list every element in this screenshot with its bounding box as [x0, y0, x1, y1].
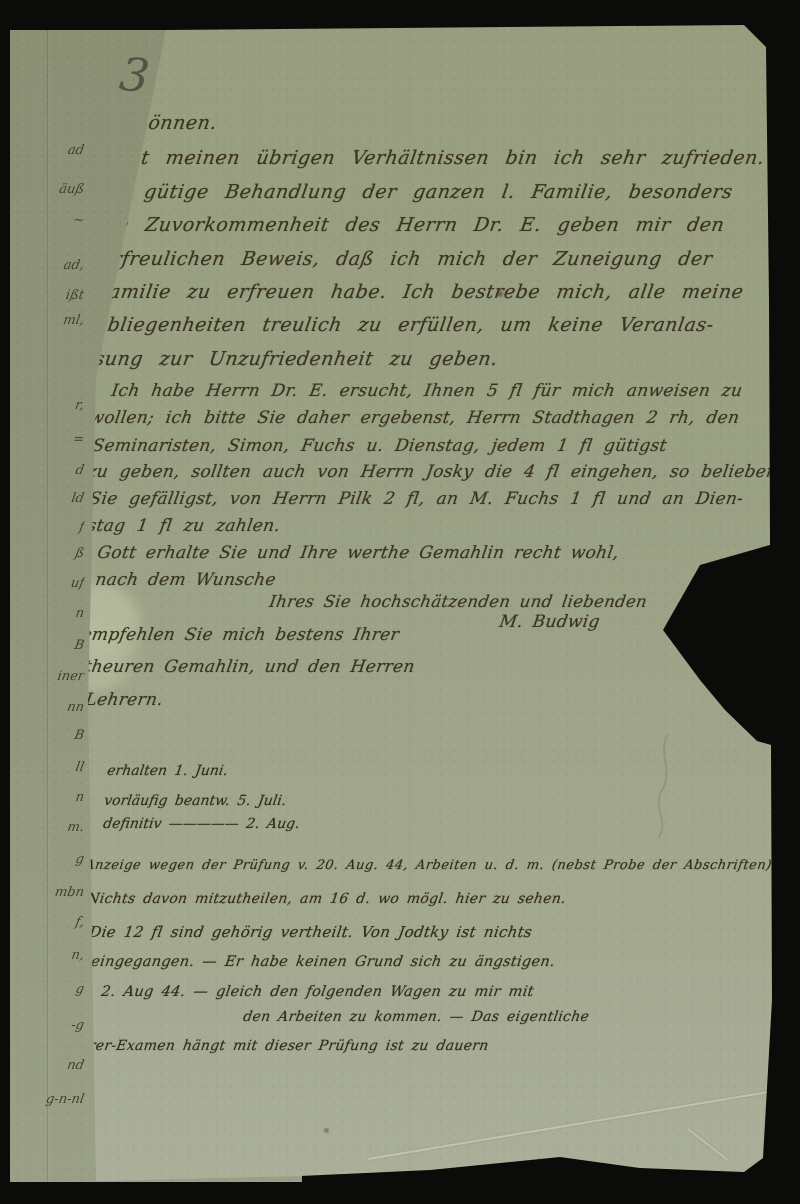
signature: M. Budwig: [498, 612, 601, 632]
edge-text-fragment: n: [17, 606, 86, 621]
reply-note: eingegangen. — Er habe keinen Grund sich…: [90, 954, 556, 970]
faint-pencil-scribble: [648, 730, 678, 842]
rust-spot: [324, 1128, 329, 1133]
letter-line: Ich habe Herrn Dr. E. ersucht, Ihnen 5 f…: [110, 381, 744, 401]
letter-line: nach dem Wunsche: [94, 570, 277, 590]
edge-text-fragment: f: [17, 520, 86, 535]
edge-text-fragment: B: [17, 728, 86, 743]
archive-note: erhalten 1. Juni.: [106, 763, 229, 779]
edge-text-fragment: g: [17, 852, 86, 867]
edge-text-fragment: ad: [17, 143, 86, 158]
archive-note: definitiv ————— 2. Aug.: [102, 816, 301, 832]
letter-line: Lehrern.: [84, 690, 165, 710]
letter-line: erfreulichen Beweis, daß ich mich der Zu…: [99, 248, 714, 270]
letter-line: theuren Gemahlin, und den Herren: [83, 657, 416, 677]
crease-line: [687, 1128, 729, 1162]
letter-line: Sie gefälligst, von Herrn Pilk 2 fl, an …: [88, 489, 745, 509]
reply-note: den Arbeiten zu kommen. — Das eigentlich…: [242, 1009, 590, 1025]
edge-text-fragment: m.: [17, 820, 86, 835]
reply-note: Nichts davon mitzutheilen, am 16 d. wo m…: [86, 891, 567, 907]
edge-text-fragment: n: [17, 790, 86, 805]
edge-text-fragment: n,: [17, 948, 86, 963]
edge-text-fragment: ad,: [17, 258, 86, 273]
reply-note: Anzeige wegen der Prüfung v. 20. Aug. 44…: [84, 858, 773, 873]
edge-text-fragment: ß: [17, 546, 86, 561]
letter-line: Seminaristen, Simon, Fuchs u. Dienstag, …: [91, 436, 668, 456]
letter-scan: adäuß~ad,ißtml,r,=dldfßufnBinernnBllnm.g…: [0, 0, 800, 1204]
letter-line: Gott erhalte Sie und Ihre werthe Gemahli…: [96, 543, 620, 563]
edge-text-fragment: g: [17, 982, 86, 997]
letter-line: Familie zu erfreuen habe. Ich bestrebe m…: [95, 281, 745, 303]
letter-line: die Zuvorkommenheit des Herrn Dr. E. geb…: [96, 214, 726, 236]
letter-line: Mit meinen übrigen Verhältnissen bin ich…: [113, 147, 766, 169]
letter-line: Ihres Sie hochschätzenden und liebenden: [268, 592, 649, 611]
edge-text-fragment: d: [17, 463, 86, 478]
edge-text-fragment: äuß: [17, 182, 86, 197]
letter-line: die gütige Behandlung der ganzen l. Fami…: [95, 181, 734, 203]
edge-text-fragment: f,: [17, 915, 86, 930]
edge-text-fragment: ll: [17, 760, 86, 775]
edge-text-fragment: ml,: [17, 313, 86, 328]
edge-text-fragment: =: [17, 432, 86, 447]
edge-text-fragment: ~: [17, 213, 86, 228]
archive-note: vorläufig beantw. 5. Juli.: [103, 793, 287, 809]
edge-text-fragment: iner: [17, 669, 86, 684]
edge-text-fragment: B: [17, 638, 86, 653]
edge-text-fragment: g-n-nl: [17, 1092, 86, 1107]
edge-text-fragment: ld: [17, 491, 86, 506]
crease-line: [368, 1087, 792, 1160]
reply-note: Lehrer-Examen hängt mit dieser Prüfung i…: [60, 1038, 490, 1054]
letter-line: empfehlen Sie mich bestens Ihrer: [80, 625, 401, 645]
edge-text-fragment: r,: [17, 398, 86, 413]
edge-text-fragment: nd: [17, 1058, 86, 1073]
letter-line: zu geben, sollten auch von Herrn Josky d…: [86, 462, 779, 482]
reply-note: Die 12 fl sind gehörig vertheilt. Von Jo…: [88, 923, 534, 941]
letter-line: sung zur Unzufriedenheit zu geben.: [93, 348, 499, 370]
letter-line: stag 1 fl zu zahlen.: [86, 516, 282, 536]
letter-line: Obliegenheiten treulich zu erfüllen, um …: [90, 314, 715, 336]
edge-text-fragment: nn: [17, 700, 86, 715]
edge-text-fragment: -g: [17, 1018, 86, 1033]
reply-note: 2. Aug 44. — gleich den folgenden Wagen …: [100, 984, 535, 1000]
edge-text-fragment: uf: [17, 576, 86, 591]
edge-text-fragment: ißt: [17, 288, 86, 303]
letter-line: wollen; ich bitte Sie daher ergebenst, H…: [88, 408, 741, 428]
edge-text-fragment: mbn: [17, 885, 86, 900]
